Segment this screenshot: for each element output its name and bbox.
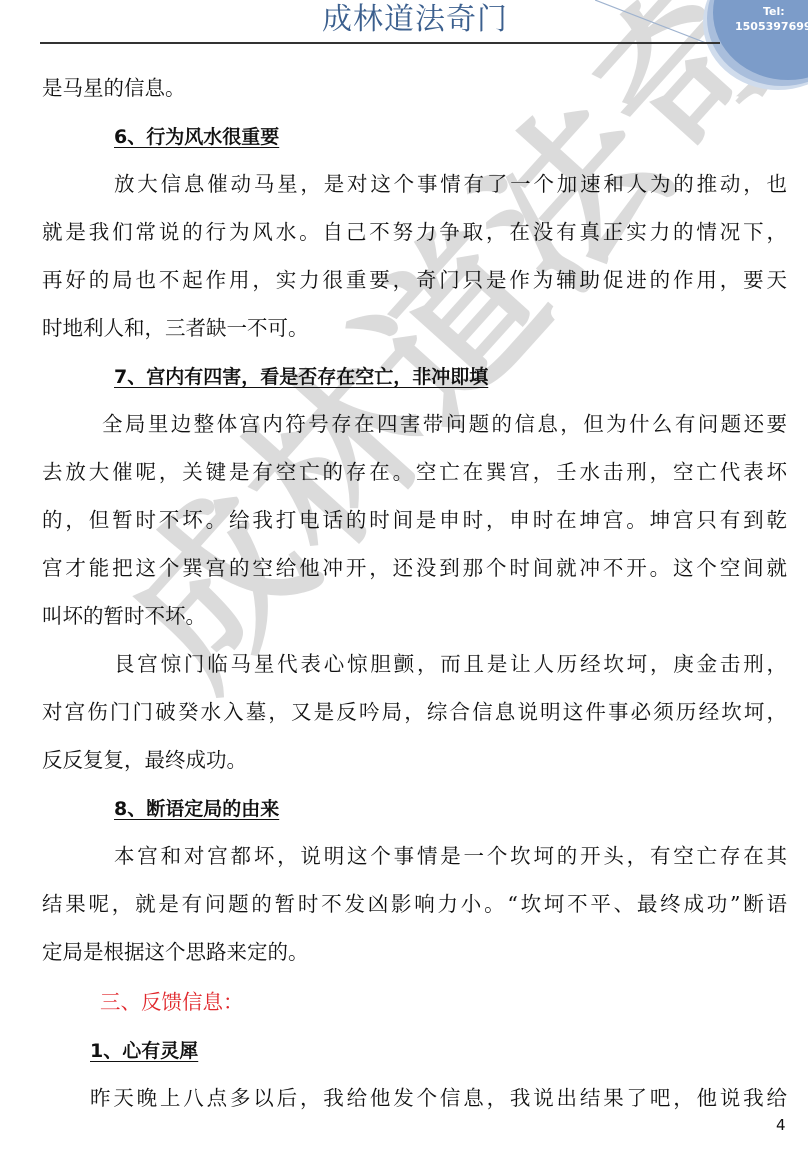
paragraph-line: 是马星的信息。 — [42, 74, 787, 102]
paragraph-line: 全局里边整体宫内符号存在四害带问题的信息，但为什么有问题还要 — [42, 410, 787, 438]
paragraph-line: 艮宫惊门临马星代表心惊胆颤，而且是让人历经坎坷，庚金击刑， — [42, 650, 787, 678]
paragraph-line: 叫坏的暂时不坏。 — [42, 602, 787, 630]
section-heading-feedback: 三、反馈信息： — [100, 988, 244, 1016]
document-page: 成林道法奇门 Tel: 15053976998 成林道法奇门 是马星的信息。 6… — [0, 0, 808, 1156]
paragraph-line: 本宫和对宫都坏，说明这个事情是一个坎坷的开头，有空亡存在其 — [42, 842, 787, 870]
paragraph-line: 昨天晚上八点多以后，我给他发个信息，我说出结果了吧，他说我给 — [90, 1084, 787, 1112]
paragraph-line: 宫才能把这个巽宫的空给他冲开，还没到那个时间就冲不开。这个空间就 — [42, 554, 787, 582]
page-number: 4 — [776, 1116, 786, 1134]
paragraph-line: 对宫伤门门破癸水入墓，又是反吟局，综合信息说明这件事必须历经坎坷， — [42, 698, 787, 726]
heading-8: 8、断语定局的由来 — [114, 796, 279, 822]
paragraph-line: 放大信息催动马星，是对这个事情有了一个加速和人为的推动，也 — [42, 170, 787, 198]
header-divider — [40, 42, 720, 44]
paragraph-line: 时地利人和，三者缺一不可。 — [42, 314, 787, 342]
paragraph-line: 定局是根据这个思路来定的。 — [42, 938, 787, 966]
paragraph-line: 反反复复，最终成功。 — [42, 746, 787, 774]
heading-6: 6、行为风水很重要 — [114, 124, 279, 150]
paragraph-line: 去放大催呢，关键是有空亡的存在。空亡在巽宫，壬水击刑，空亡代表坏 — [42, 458, 787, 486]
paragraph-line: 结果呢，就是有问题的暂时不发凶影响力小。“坎坷不平、最终成功”断语 — [42, 890, 787, 918]
page-header-title: 成林道法奇门 — [0, 0, 808, 40]
paragraph-line: 就是我们常说的行为风水。自己不努力争取，在没有真正实力的情况下， — [42, 218, 787, 246]
paragraph-line: 的，但暂时不坏。给我打电话的时间是申时，申时在坤宫。坤宫只有到乾 — [42, 506, 787, 534]
paragraph-line: 再好的局也不起作用，实力很重要，奇门只是作为辅助促进的作用，要天 — [42, 266, 787, 294]
heading-feedback-1: 1、心有灵犀 — [90, 1038, 198, 1064]
heading-7: 7、宫内有四害，看是否存在空亡，非冲即填 — [114, 364, 488, 390]
